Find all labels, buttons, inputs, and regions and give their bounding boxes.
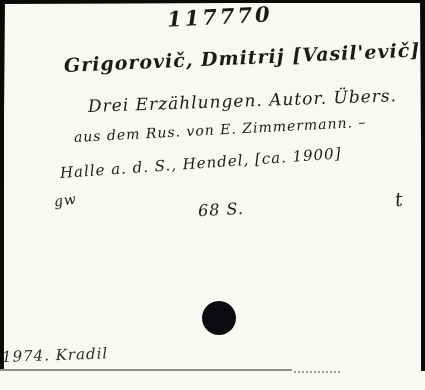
scanned-catalog-card-photo: 117770 Grigorovič, Dmitrij [Vasil'evič] … (0, 0, 425, 390)
catalog-card: 117770 Grigorovič, Dmitrij [Vasil'evič] … (4, 3, 421, 390)
translation-statement: aus dem Rus. von E. Zimmermann. – (74, 115, 367, 146)
format-mark: t (394, 189, 405, 212)
backing-sheet (0, 371, 425, 390)
imprint-line: Halle a. d. S., Hendel, [ca. 1900] (59, 144, 342, 182)
author-heading: Grigorovič, Dmitrij [Vasil'evič] (64, 39, 421, 77)
bottom-pencil-note: 1974. Kradil (2, 344, 109, 366)
margin-note: gw (53, 191, 78, 210)
accession-number: 117770 (166, 1, 273, 31)
title-line: Drei Erzählungen. Autor. Übers. (88, 86, 398, 117)
card-bottom-edge (0, 369, 292, 371)
punch-hole (202, 301, 236, 335)
scan-edge-right (420, 0, 425, 286)
collation-pages: 68 S. (198, 199, 245, 220)
card-bottom-edge-dots (294, 371, 340, 373)
